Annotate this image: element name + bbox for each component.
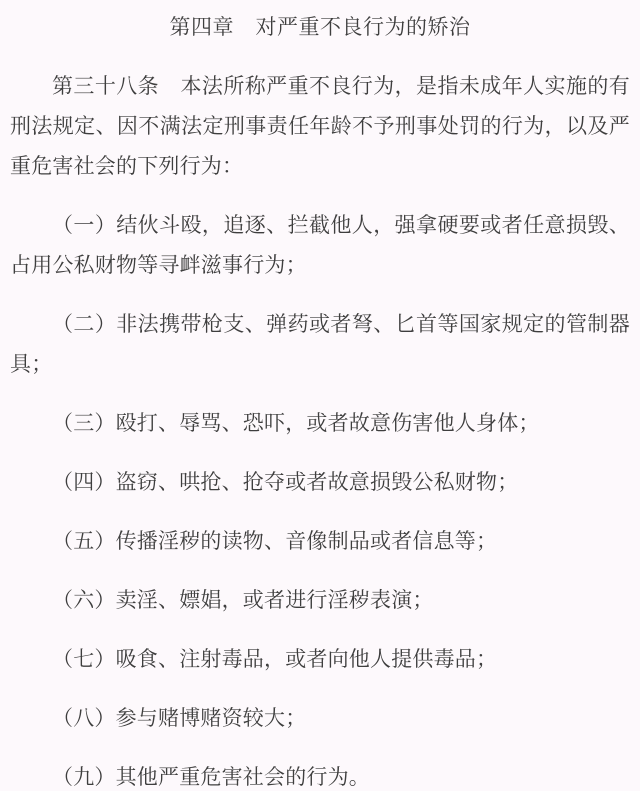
- article-paragraph: 第三十八条 本法所称严重不良行为，是指未成年人实施的有刑法规定、因不满法定刑事责…: [10, 67, 630, 187]
- list-item: （六）卖淫、嫖娼，或者进行淫秽表演；: [10, 581, 630, 621]
- list-item: （九）其他严重危害社会的行为。: [10, 758, 630, 791]
- list-item: （七）吸食、注射毒品，或者向他人提供毒品；: [10, 640, 630, 680]
- list-item: （二）非法携带枪支、弹药或者弩、匕首等国家规定的管制器具；: [10, 305, 630, 385]
- legal-document: 第四章 对严重不良行为的矫治 第三十八条 本法所称严重不良行为，是指未成年人实施…: [0, 0, 640, 791]
- list-item: （一）结伙斗殴，追逐、拦截他人，强拿硬要或者任意损毁、占用公私财物等寻衅滋事行为…: [10, 206, 630, 286]
- list-item: （三）殴打、辱骂、恐吓，或者故意伤害他人身体；: [10, 404, 630, 444]
- list-item: （八）参与赌博赌资较大；: [10, 699, 630, 739]
- list-item: （四）盗窃、哄抢、抢夺或者故意损毁公私财物；: [10, 463, 630, 503]
- chapter-title: 第四章 对严重不良行为的矫治: [10, 8, 630, 48]
- list-item: （五）传播淫秽的读物、音像制品或者信息等；: [10, 522, 630, 562]
- clause-list: （一）结伙斗殴，追逐、拦截他人，强拿硬要或者任意损毁、占用公私财物等寻衅滋事行为…: [10, 206, 630, 791]
